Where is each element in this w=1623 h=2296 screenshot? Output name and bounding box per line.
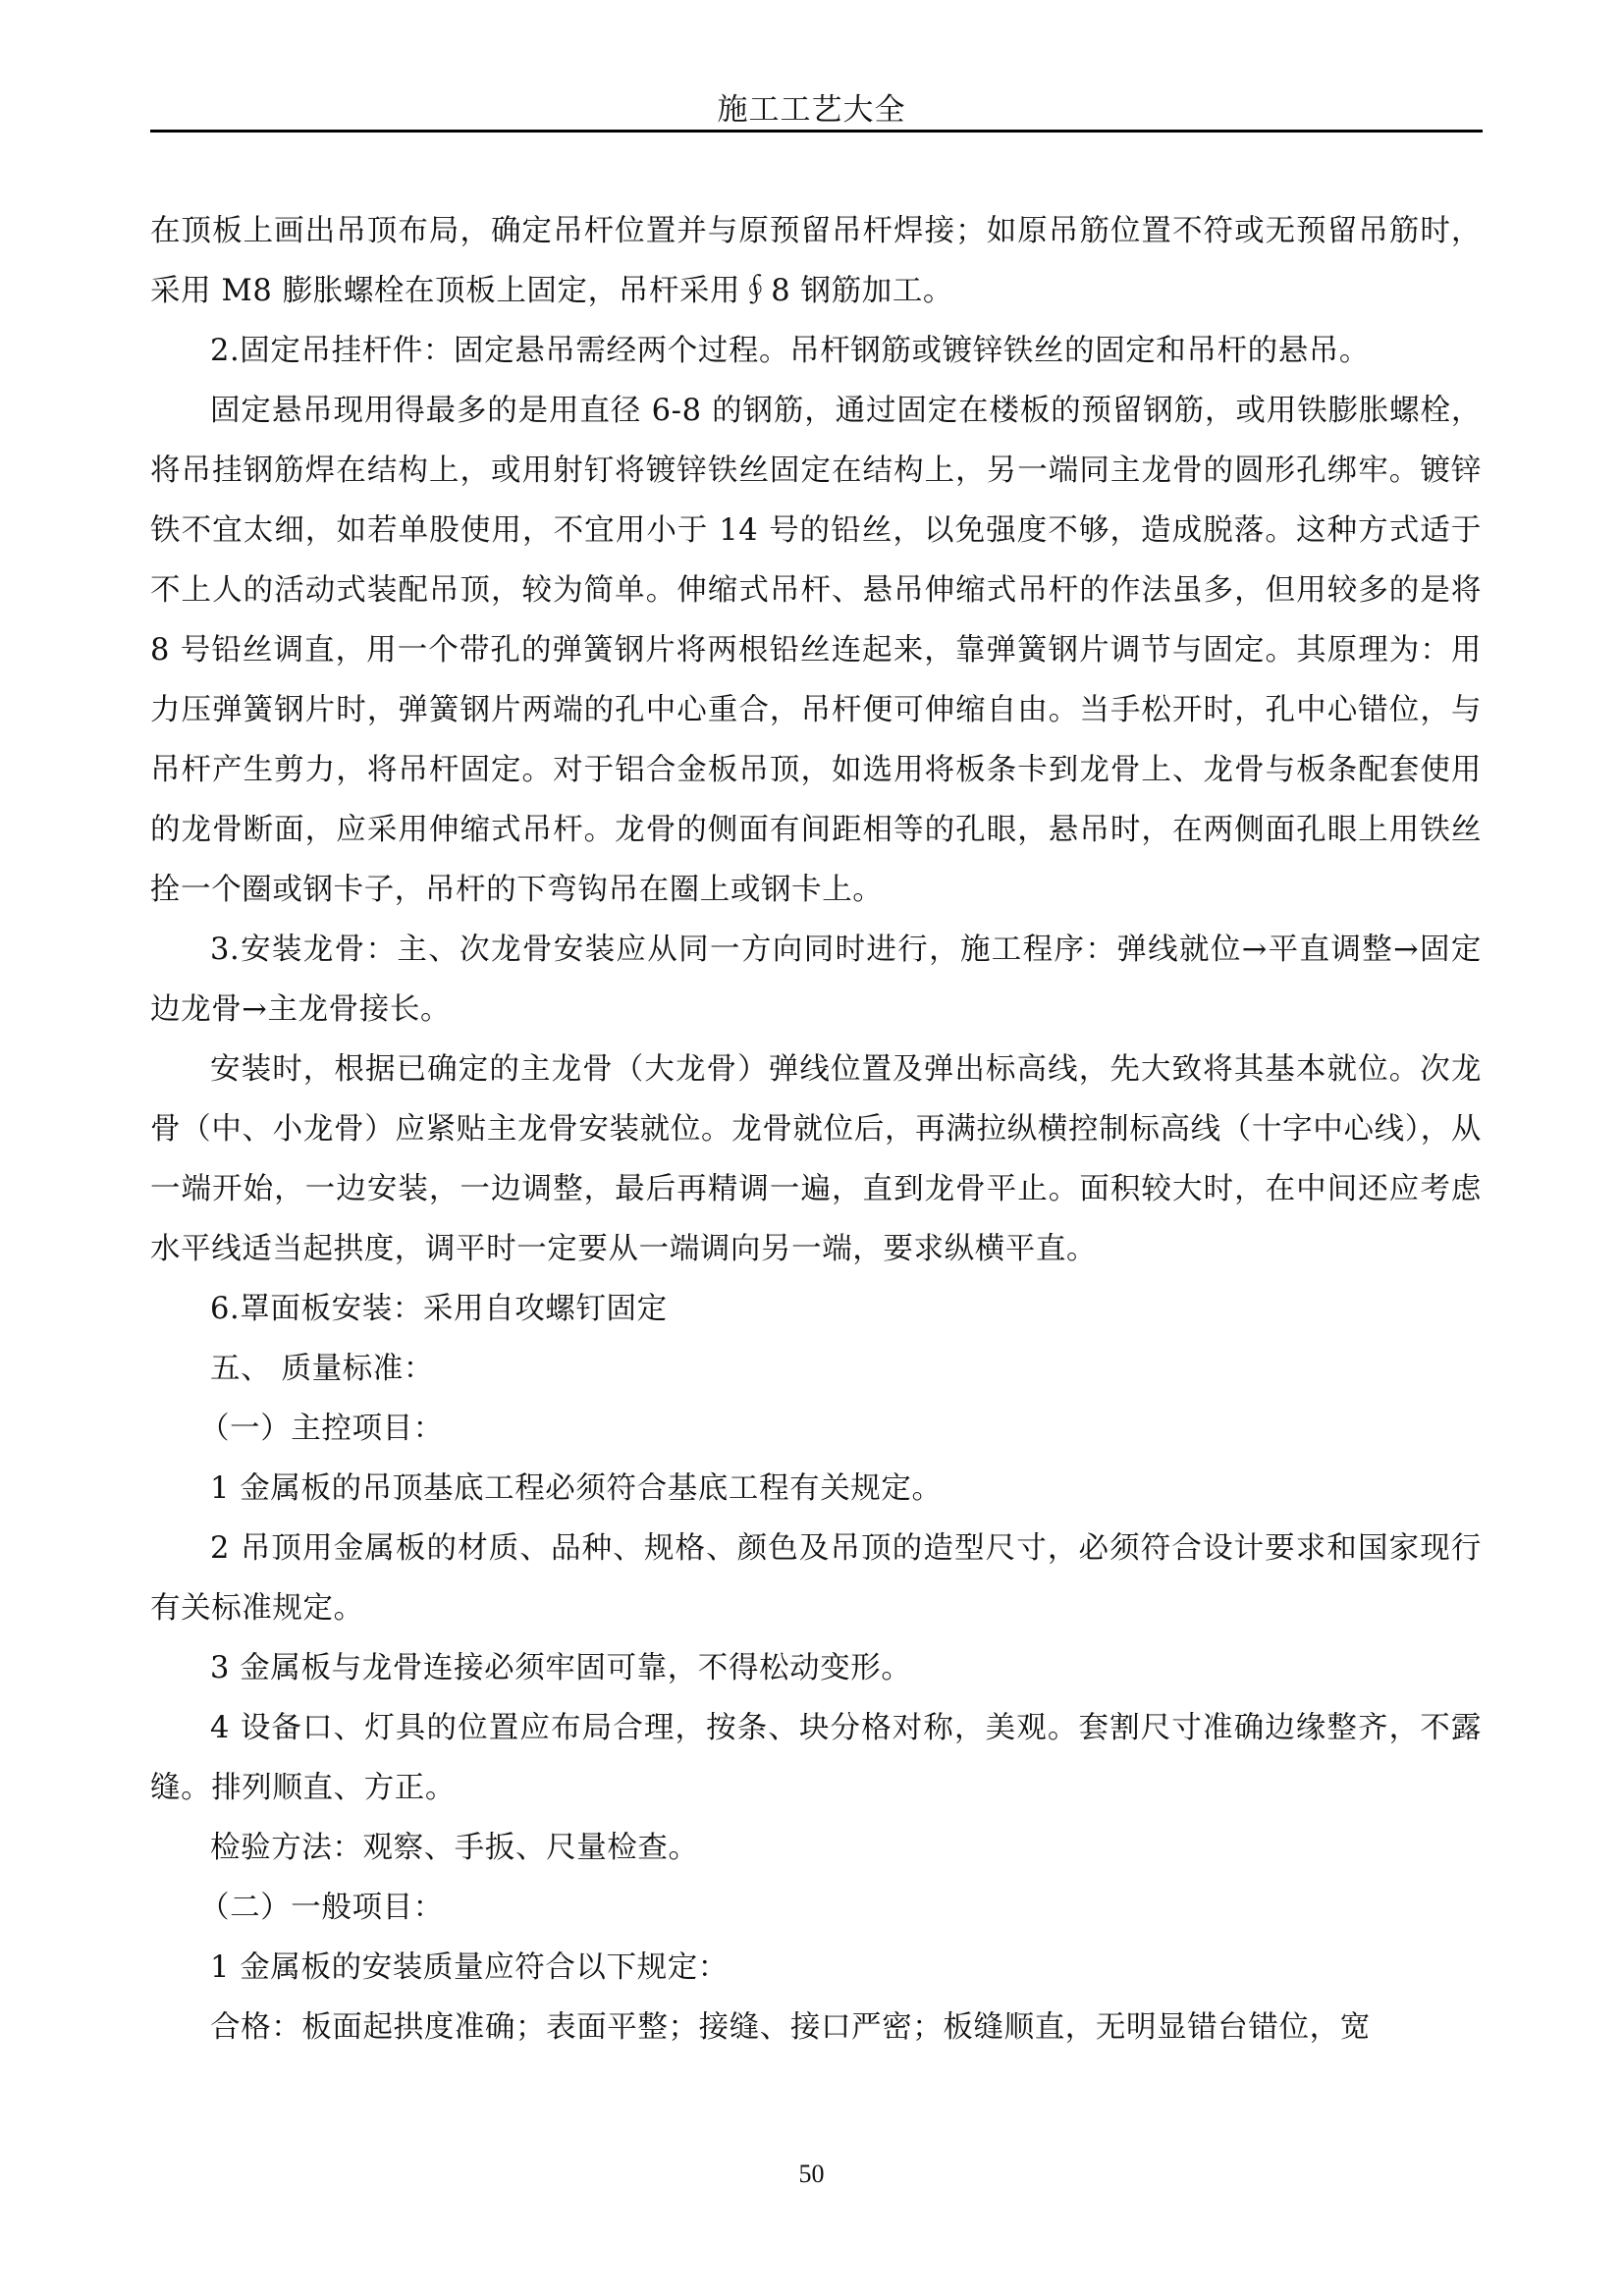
header-divider — [150, 130, 1483, 133]
subsection-heading-general: （二）一般项目： — [150, 1878, 1482, 1938]
subsection-heading-main-control: （一）主控项目： — [150, 1399, 1482, 1459]
paragraph-hanger-layout: 在顶板上画出吊顶布局，确定吊杆位置并与原预留吊杆焊接；如原吊筋位置不符或无预留吊… — [150, 201, 1482, 321]
paragraph-suspension-methods: 固定悬吊现用得最多的是用直径 6-8 的钢筋，通过固定在楼板的预留钢筋，或用铁膨… — [150, 381, 1482, 920]
paragraph-step-3-install-keel: 3.安装龙骨：主、次龙骨安装应从同一方向同时进行，施工程序：弹线就位→平直调整→… — [150, 920, 1482, 1040]
inspection-method: 检验方法：观察、手扳、尺量检查。 — [150, 1818, 1482, 1878]
item-main-1: 1 金属板的吊顶基底工程必须符合基底工程有关规定。 — [150, 1459, 1482, 1519]
item-main-4: 4 设备口、灯具的位置应布局合理，按条、块分格对称，美观。套割尺寸准确边缘整齐，… — [150, 1698, 1482, 1818]
paragraph-keel-installation-detail: 安装时，根据已确定的主龙骨（大龙骨）弹线位置及弹出标高线，先大致将其基本就位。次… — [150, 1040, 1482, 1279]
paragraph-step-6-panel-install: 6.罩面板安装：采用自攻螺钉固定 — [150, 1279, 1482, 1339]
item-general-1: 1 金属板的安装质量应符合以下规定： — [150, 1938, 1482, 1998]
running-header-title: 施工工艺大全 — [0, 84, 1623, 129]
section-heading-quality-standard: 五、 质量标准： — [150, 1339, 1482, 1399]
page-number: 50 — [0, 2160, 1623, 2189]
item-main-3: 3 金属板与龙骨连接必须牢固可靠，不得松动变形。 — [150, 1638, 1482, 1698]
document-body: 在顶板上画出吊顶布局，确定吊杆位置并与原预留吊杆焊接；如原吊筋位置不符或无预留吊… — [150, 201, 1482, 2057]
paragraph-step-2-fix-hangers: 2.固定吊挂杆件：固定悬吊需经两个过程。吊杆钢筋或镀锌铁丝的固定和吊杆的悬吊。 — [150, 321, 1482, 381]
item-general-acceptance: 合格：板面起拱度准确；表面平整；接缝、接口严密；板缝顺直，无明显错台错位，宽 — [150, 1998, 1482, 2057]
item-main-2: 2 吊顶用金属板的材质、品种、规格、颜色及吊顶的造型尺寸，必须符合设计要求和国家… — [150, 1519, 1482, 1638]
